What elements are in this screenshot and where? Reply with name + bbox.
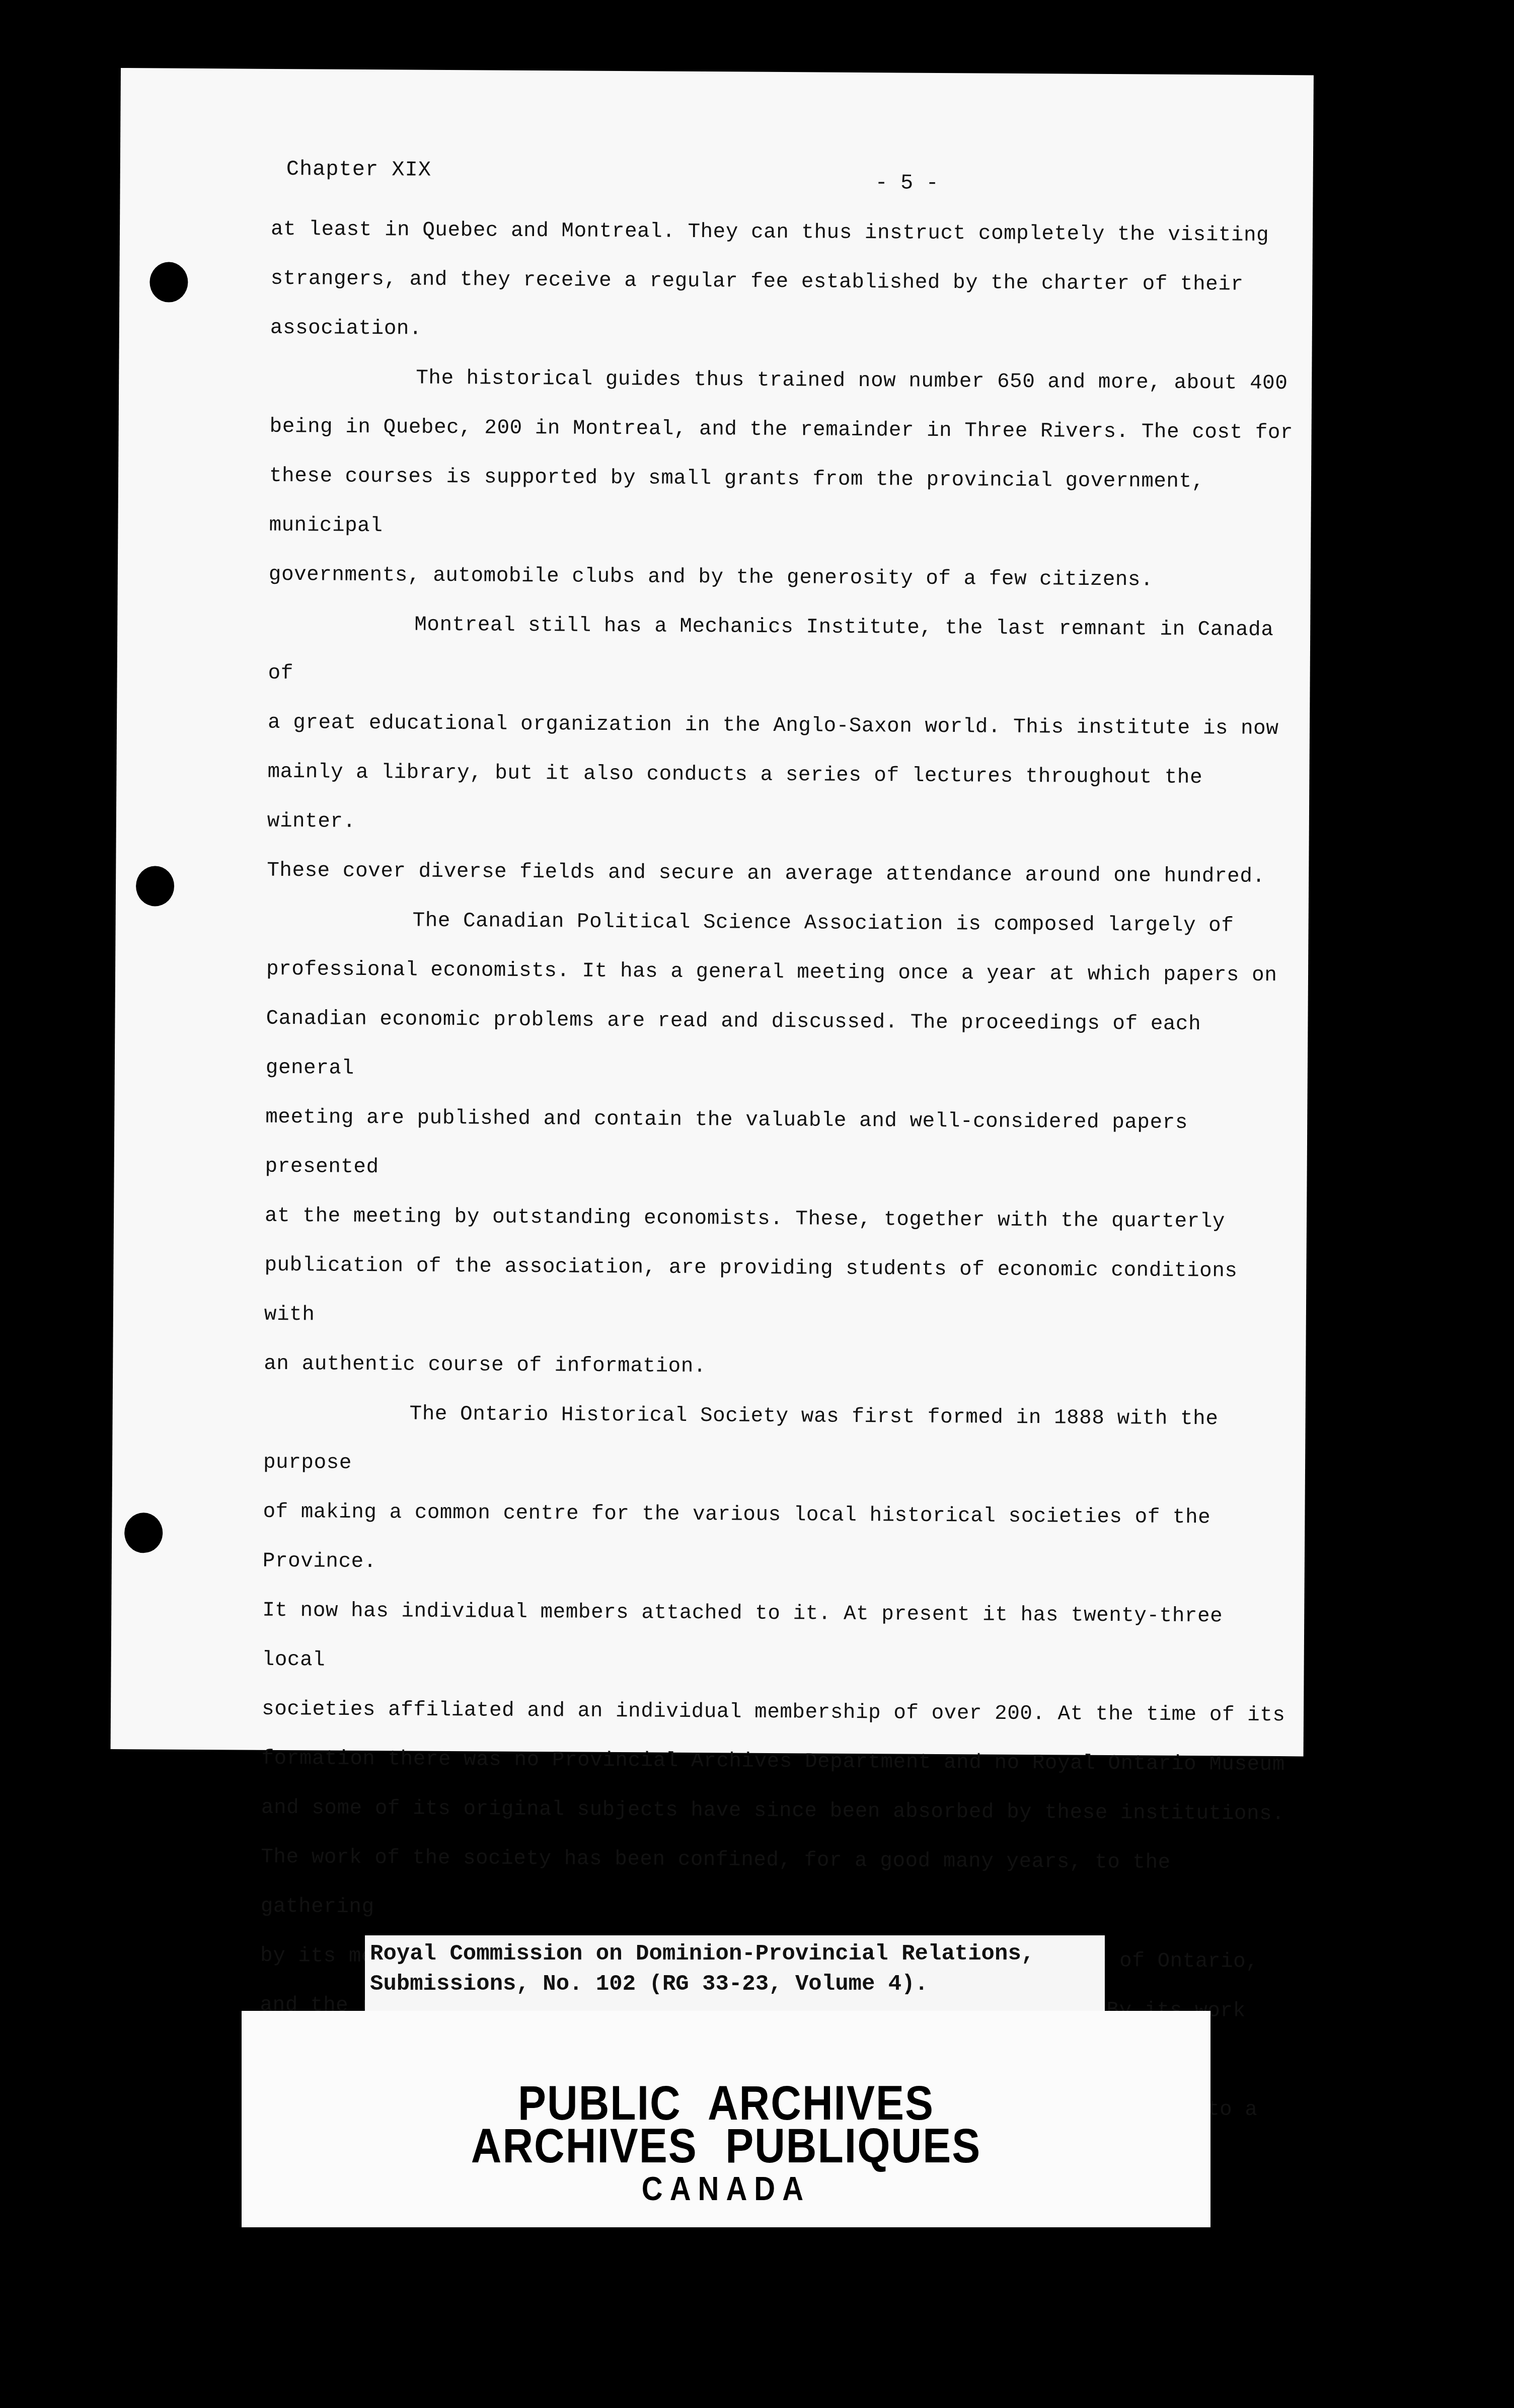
text-line: governments, automobile clubs and by the… [269, 563, 1154, 592]
text-line: at least in Quebec and Montreal. They ca… [271, 218, 1269, 247]
paragraph-4: The Canadian Political Science Associati… [264, 895, 1299, 1395]
text-line: societies affiliated and an individual m… [262, 1698, 1285, 1727]
archives-stamp-card: PUBLIC ARCHIVES ARCHIVES PUBLIQUES CANAD… [242, 2011, 1210, 2227]
text-line: These cover diverse fields and secure an… [267, 859, 1265, 888]
text-line: Montreal still has a Mechanics Institute… [268, 614, 1274, 686]
typewritten-page: Chapter XIX - 5 - at least in Quebec and… [111, 68, 1314, 1756]
text-line: being in Quebec, 200 in Montreal, and th… [270, 415, 1294, 444]
source-citation-label: Royal Commission on Dominion-Provincial … [365, 1935, 1105, 2011]
archives-stamp-country: CANADA [242, 2169, 1210, 2208]
text-line: formation there was no Provincial Archiv… [261, 1747, 1285, 1776]
text-line: association. [270, 317, 422, 341]
page-header: Chapter XIX - 5 - [286, 157, 1243, 193]
text-line: The Canadian Political Science Associati… [413, 910, 1234, 938]
text-line: The Ontario Historical Society was first… [263, 1403, 1219, 1475]
document-body: at least in Quebec and Montreal. They ca… [259, 205, 1303, 2184]
text-line: strangers, and they receive a regular fe… [270, 267, 1243, 296]
text-line: of making a common centre for the variou… [263, 1500, 1211, 1573]
paragraph-3: Montreal still has a Mechanics Institute… [267, 599, 1301, 902]
text-line: an authentic course of information. [264, 1352, 706, 1378]
citation-line-2: Submissions, No. 102 (RG 33-23, Volume 4… [370, 1972, 928, 1997]
text-line: publication of the association, are prov… [264, 1254, 1238, 1327]
text-line: mainly a library, but it also conducts a… [267, 761, 1203, 834]
chapter-heading: Chapter XIX [286, 157, 432, 182]
text-line: these courses is supported by small gran… [269, 465, 1204, 538]
text-line: a great educational organization in the … [268, 711, 1279, 740]
punch-hole-top [149, 262, 188, 302]
citation-line-1: Royal Commission on Dominion-Provincial … [370, 1941, 1034, 1967]
page-number: - 5 - [875, 171, 938, 195]
archives-stamp-french: ARCHIVES PUBLIQUES [242, 2118, 1210, 2174]
paragraph-2: The historical guides thus trained now n… [269, 353, 1302, 606]
paragraph-1: at least in Quebec and Montreal. They ca… [270, 205, 1303, 359]
text-line: Canadian economic problems are read and … [266, 1007, 1201, 1080]
text-line: The work of the society has been confine… [261, 1846, 1171, 1919]
text-line: meeting are published and contain the va… [265, 1106, 1188, 1179]
text-line: The historical guides thus trained now n… [416, 367, 1288, 396]
punch-hole-middle [136, 866, 174, 906]
text-line: professional economists. It has a genera… [266, 958, 1277, 987]
text-line: at the meeting by outstanding economists… [265, 1205, 1225, 1234]
text-line: and some of its original subjects have s… [261, 1796, 1285, 1826]
text-line: It now has individual members attached t… [262, 1599, 1223, 1672]
punch-hole-bottom [124, 1513, 163, 1553]
